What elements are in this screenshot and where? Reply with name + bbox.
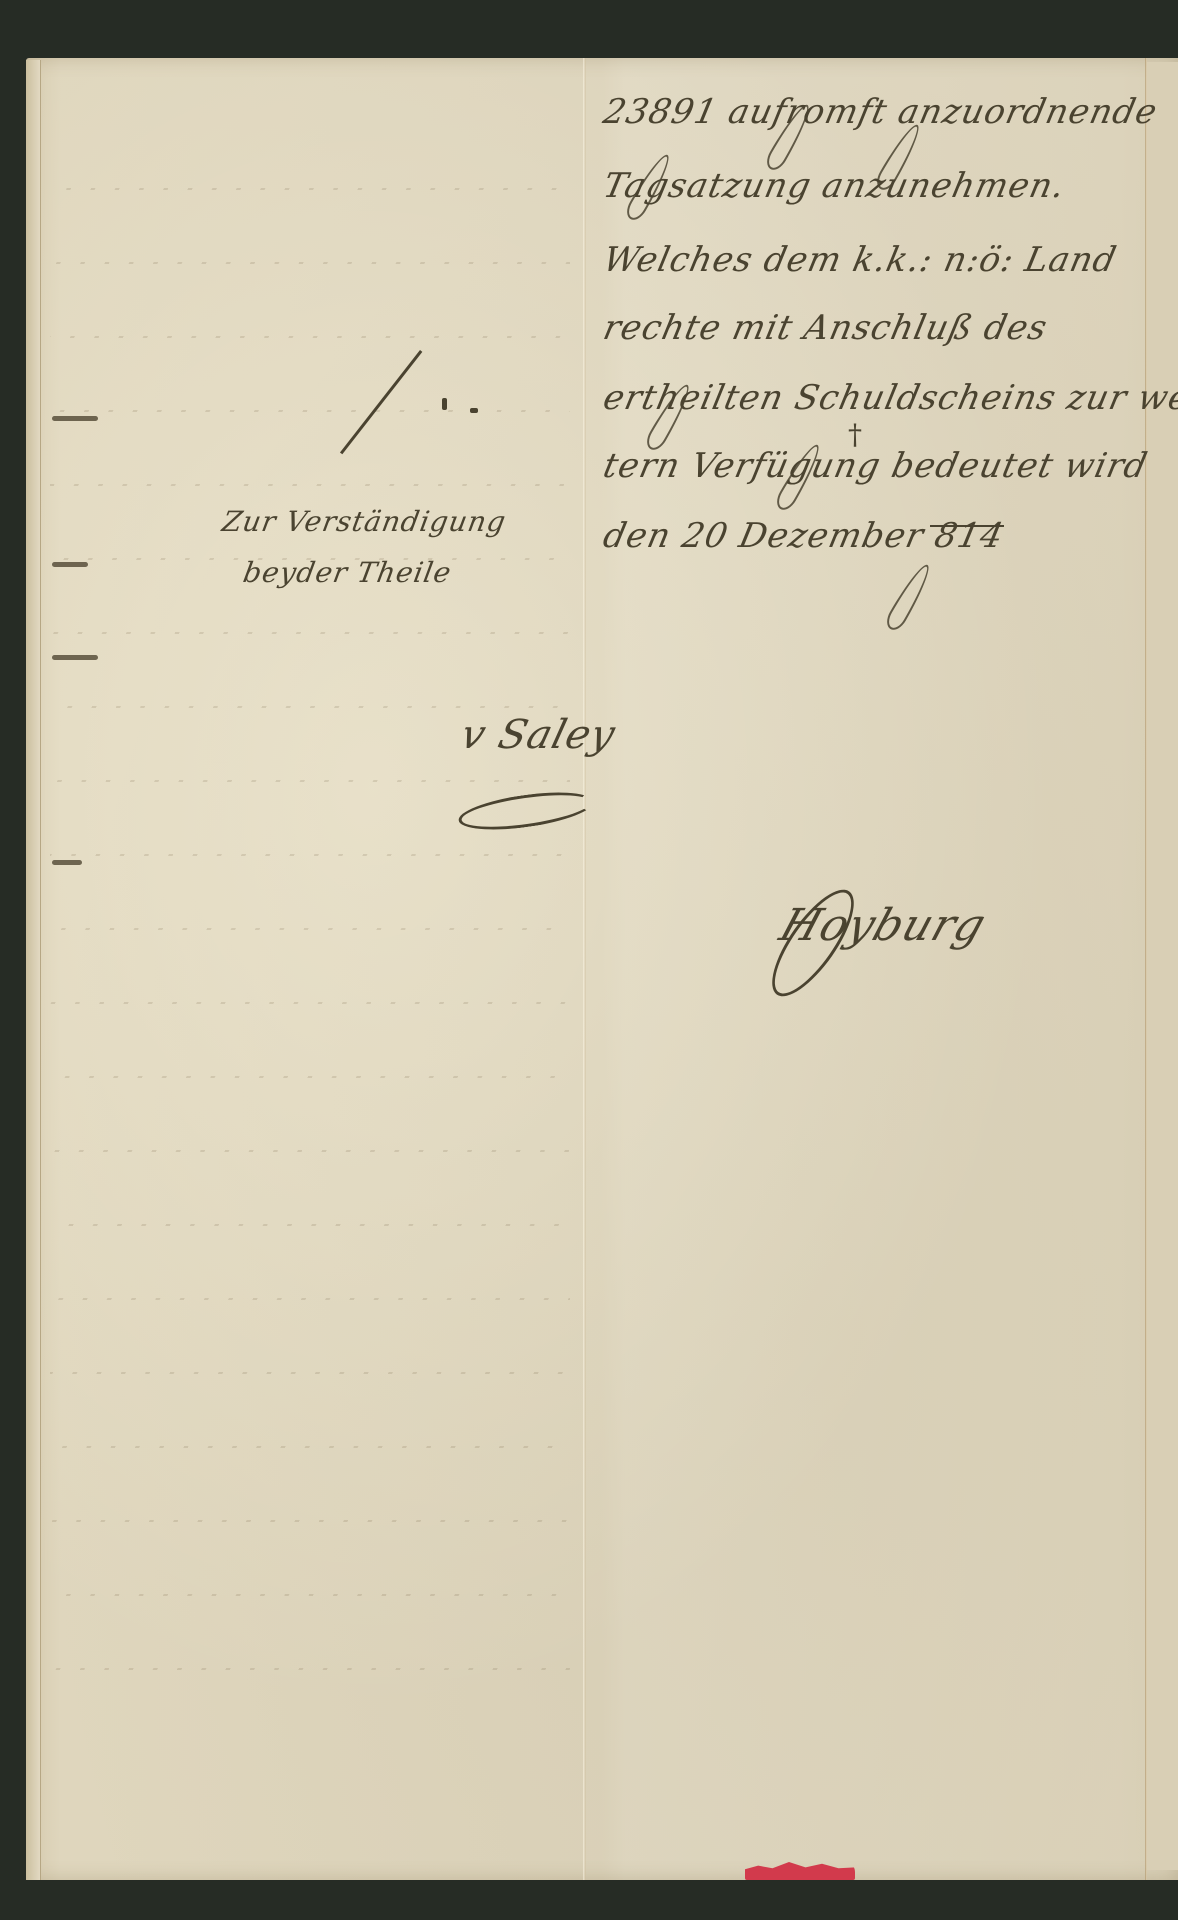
text-line: 23891 aufromft anzuordnende — [600, 95, 1160, 129]
slash-dot — [442, 398, 447, 410]
paper-edge — [26, 60, 41, 1880]
margin-mark — [52, 416, 98, 421]
margin-mark — [52, 562, 88, 567]
text-line: tern Verfügung bedeutet wird — [600, 449, 1150, 483]
text-line: Welches dem k.k.: n:ö: Land — [600, 243, 1119, 277]
insertion-mark: † — [848, 418, 862, 451]
signature-left: v Saley — [456, 712, 620, 758]
text-line: rechte mit Anschluß des — [600, 311, 1050, 345]
annotation-line: Zur Verständigung — [220, 505, 509, 538]
margin-annotation: Zur Verständigung beyder Theile — [211, 505, 509, 589]
adjacent-page-strip — [1147, 62, 1178, 1870]
margin-mark — [52, 860, 82, 865]
date-overline — [930, 525, 1004, 527]
annotation-line: beyder Theile — [241, 556, 500, 589]
right-page-edge — [1145, 58, 1147, 1880]
center-fold-line — [583, 58, 586, 1880]
slash-dot — [470, 408, 478, 413]
bleed-through-text — [50, 120, 570, 1670]
main-text-block: 23891 aufromft anzuordnende Tagsatzung a… — [604, 95, 1144, 595]
margin-mark — [52, 655, 98, 660]
text-line: Tagsatzung anzunehmen. — [600, 169, 1068, 203]
signature-right: Hoyburg — [774, 900, 993, 951]
